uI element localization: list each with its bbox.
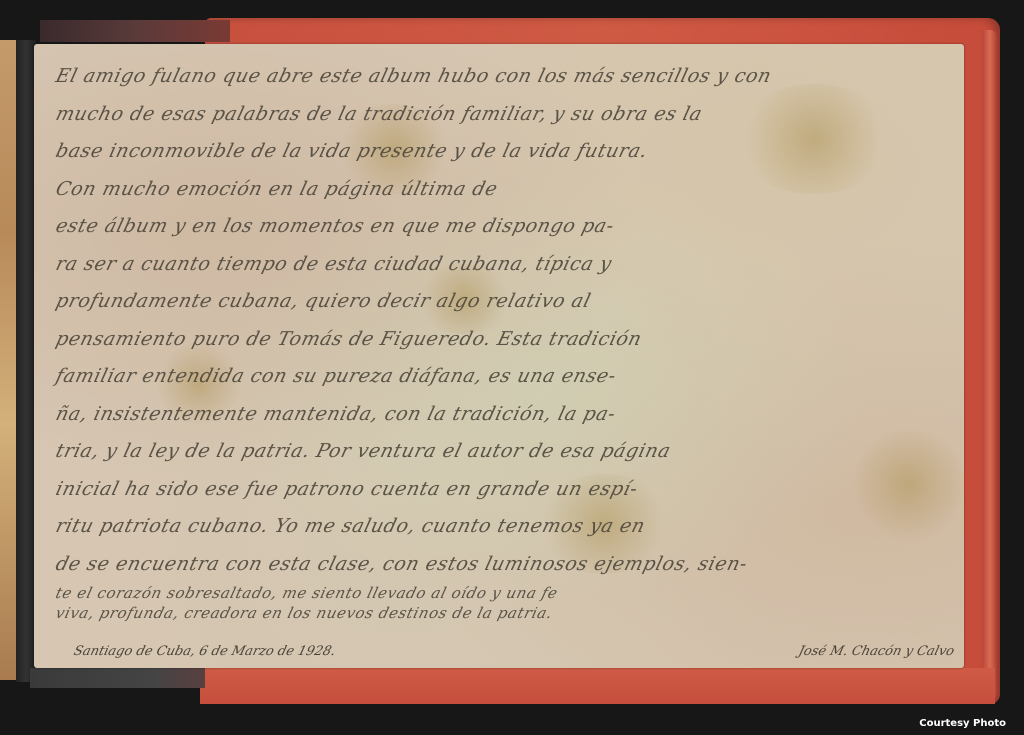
album-bottom-binding <box>30 668 205 688</box>
signature: José M. Chacón y Calvo <box>797 644 956 659</box>
text-line: tria, y la ley de la patria. Por ventura… <box>51 433 960 471</box>
text-line: ña, insistentemente mantenida, con la tr… <box>51 396 960 434</box>
album-cover-right-edge <box>982 30 998 700</box>
text-line: te el corazón sobresaltado, me siento ll… <box>54 583 959 603</box>
text-line: base inconmovible de la vida presente y … <box>51 133 960 171</box>
handwritten-text: El amigo fulano que abre este album hubo… <box>56 58 956 623</box>
album-cover-bottom-edge <box>200 668 995 704</box>
text-line: este álbum y en los momentos en que me d… <box>51 208 960 246</box>
text-line: mucho de esas palabras de la tradición f… <box>51 96 960 134</box>
manuscript-page: El amigo fulano que abre este album hubo… <box>34 44 964 668</box>
text-line: pensamiento puro de Tomás de Figueredo. … <box>51 321 960 359</box>
photo-credit: Courtesy Photo <box>919 718 1006 729</box>
text-line: El amigo fulano que abre este album hubo… <box>51 58 960 96</box>
manuscript-footer: Santiago de Cuba, 6 de Marzo de 1928. Jo… <box>72 644 956 659</box>
text-line: ra ser a cuanto tiempo de esta ciudad cu… <box>51 246 960 284</box>
text-line: inicial ha sido ese fue patrono cuenta e… <box>51 471 960 509</box>
album-cover-top-edge <box>40 20 230 42</box>
place-date: Santiago de Cuba, 6 de Marzo de 1928. <box>72 644 337 659</box>
text-line: viva, profunda, creadora en los nuevos d… <box>54 603 959 623</box>
text-line: ritu patriota cubano. Yo me saludo, cuan… <box>51 508 960 546</box>
text-line: Con mucho emoción en la página última de <box>51 171 960 209</box>
text-line: familiar entendida con su pureza diáfana… <box>51 358 960 396</box>
text-line: profundamente cubana, quiero decir algo … <box>51 283 960 321</box>
photo-scene: El amigo fulano que abre este album hubo… <box>0 0 1024 735</box>
text-line: de se encuentra con esta clase, con esto… <box>51 546 960 584</box>
album-spine-binding <box>16 40 36 682</box>
